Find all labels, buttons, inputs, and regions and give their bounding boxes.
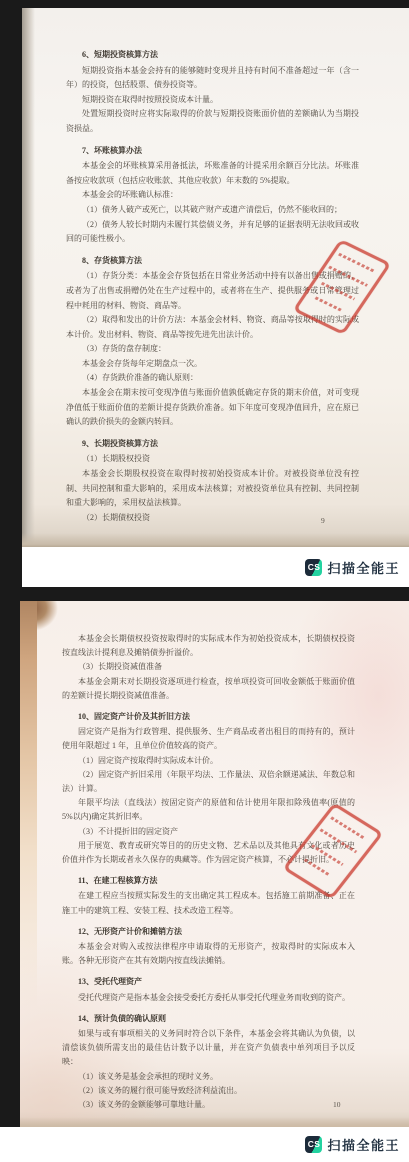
camscanner-brand-label: 扫描全能王 [327, 1135, 400, 1154]
text-line: 如果与或有事项相关的义务同时符合以下条件，本基金会将其确认为负债，以清偿该负债所… [62, 1027, 355, 1070]
text-line: （2）长期债权投资 [66, 511, 359, 526]
text-line: （2）债务人较长时期内未履行其偿债义务，并有足够的证据表明无法收回或收回的可能性… [66, 218, 359, 247]
camscanner-cs-icon: CS [305, 559, 322, 576]
camscanner-cs-icon: CS [305, 1136, 322, 1153]
seal-text-row [311, 844, 344, 866]
page-number: 10 [333, 1100, 341, 1109]
text-line: 本基金会期末对长期投资逐项进行检查，按单项投资可回收金额低于账面价值的差额计提长… [62, 675, 355, 703]
text-line: （3）存货的盘存制度： [66, 342, 359, 357]
seal-text-row [321, 282, 355, 300]
camscanner-brand-label: 扫描全能王 [327, 558, 400, 577]
text-line: 年限平均法（直线法）按固定资产的原值和估计使用年限扣除残值率(原值的 5%以内)… [62, 796, 355, 824]
scanned-page-10: 本基金会长期债权投资按取得时的实际成本作为初始投资成本，长期债权投资按直线法计提… [20, 601, 409, 1127]
text-line: 在建工程应当按照实际发生的支出确定其工程成本。包括施工前期准备、正在施工中的建筑… [62, 889, 355, 917]
camscanner-logo: CS 扫描全能王 [305, 1135, 400, 1154]
text-line: 8、存货核算方法 [66, 254, 359, 269]
text-line: （1）债务人破产或死亡，以其破产财产或遗产清偿后，仍然不能收回的； [66, 203, 359, 218]
text-line: （1）长期股权投资 [66, 452, 359, 467]
text-line: 12、无形资产计价和摊销方法 [62, 925, 355, 939]
text-line: 13、受托代理资产 [62, 975, 355, 989]
text-line: 受托代理资产是指本基金会接受委托方委托从事受托代理业务而收到的资产。 [62, 991, 355, 1005]
scanned-page-9: 6、短期投资核算方法 短期投资指本基金会持有的能够随时变现并且持有时间不准备超过… [22, 8, 409, 547]
seal-text-row [338, 253, 376, 273]
book-spine-edge [20, 601, 37, 1011]
text-line: （2）固定资产折旧采用（年限平均法、工作量法、双倍余额递减法、年数总和法）计算。 [62, 768, 355, 796]
camscanner-export-view: 6、短期投资核算方法 短期投资指本基金会持有的能够随时变现并且持有时间不准备超过… [0, 0, 409, 1162]
text-line: 本基金会的坏账核算采用备抵法，坏账准备的计提采用余额百分比法。坏账准备按应收款项… [66, 159, 359, 188]
page-left-edge-shadow [22, 8, 35, 547]
text-line: 本基金会长期债权投资按取得时的实际成本作为初始投资成本，长期债权投资按直线法计提… [62, 632, 355, 660]
watermark-bar-2: CS 扫描全能王 [0, 1127, 409, 1162]
seal-text-row [315, 296, 342, 311]
text-line: 6、短期投资核算方法 [66, 48, 359, 63]
text-line: 9、长期投资核算方法 [66, 437, 359, 452]
text-line: （3）长期投资减值准备 [62, 660, 355, 674]
text-line: 固定资产是指为行政管理、提供服务、生产商品或者出租目的而持有的，预计使用年限超过… [62, 725, 355, 753]
text-line: 本基金会的坏账确认标准： [66, 188, 359, 203]
page-bottom-edge-shadow [22, 533, 409, 547]
watermark-bar-1: CS 扫描全能王 [22, 547, 409, 587]
text-line: 处置短期投资时应将实际取得的价款与短期投资账面价值的差额确认为当期投资损益。 [66, 107, 359, 136]
seal-text-row [328, 266, 368, 287]
page-bottom-edge-shadow [20, 1117, 409, 1127]
text-line: （2）该义务的履行很可能导致经济利益流出。 [62, 1084, 355, 1098]
text-line: 本基金会在期末按可变现净值与账面价值孰低确定存货的期末价值，对可变现净值低于账面… [66, 386, 359, 430]
text-line: 7、坏账核算办法 [66, 144, 359, 159]
text-line: 本基金会存货每年定期盘点一次。 [66, 357, 359, 372]
text-line: （3）该义务的金额能够可靠地计量。 [62, 1098, 355, 1112]
text-line: 14、预计负债的确认原则 [62, 1012, 355, 1026]
seal-text-row [304, 858, 330, 875]
camscanner-logo: CS 扫描全能王 [305, 558, 400, 577]
text-line: 短期投资指本基金会持有的能够随时变现并且持有时间不准备超过一年（含一年）的投资，… [66, 64, 359, 93]
page-number: 9 [321, 516, 325, 525]
text-line: （1）固定资产按取得时实际成本计价。 [62, 754, 355, 768]
text-line: 10、固定资产计价及其折旧方法 [62, 710, 355, 724]
text-line: 本基金会长期股权投资在取得时按初始投资成本计价。对被投资单位没有控制、共同控制和… [66, 467, 359, 511]
text-line: （4）存货跌价准备的确认原则： [66, 371, 359, 386]
text-line: 短期投资在取得时按照投资成本计量。 [66, 93, 359, 108]
text-line: （1）该义务是基金会承担的现时义务。 [62, 1070, 355, 1084]
text-line: 本基金会对购入或按法律程序申请取得的无形资产，按取得时的实际成本入账。各种无形资… [62, 940, 355, 968]
